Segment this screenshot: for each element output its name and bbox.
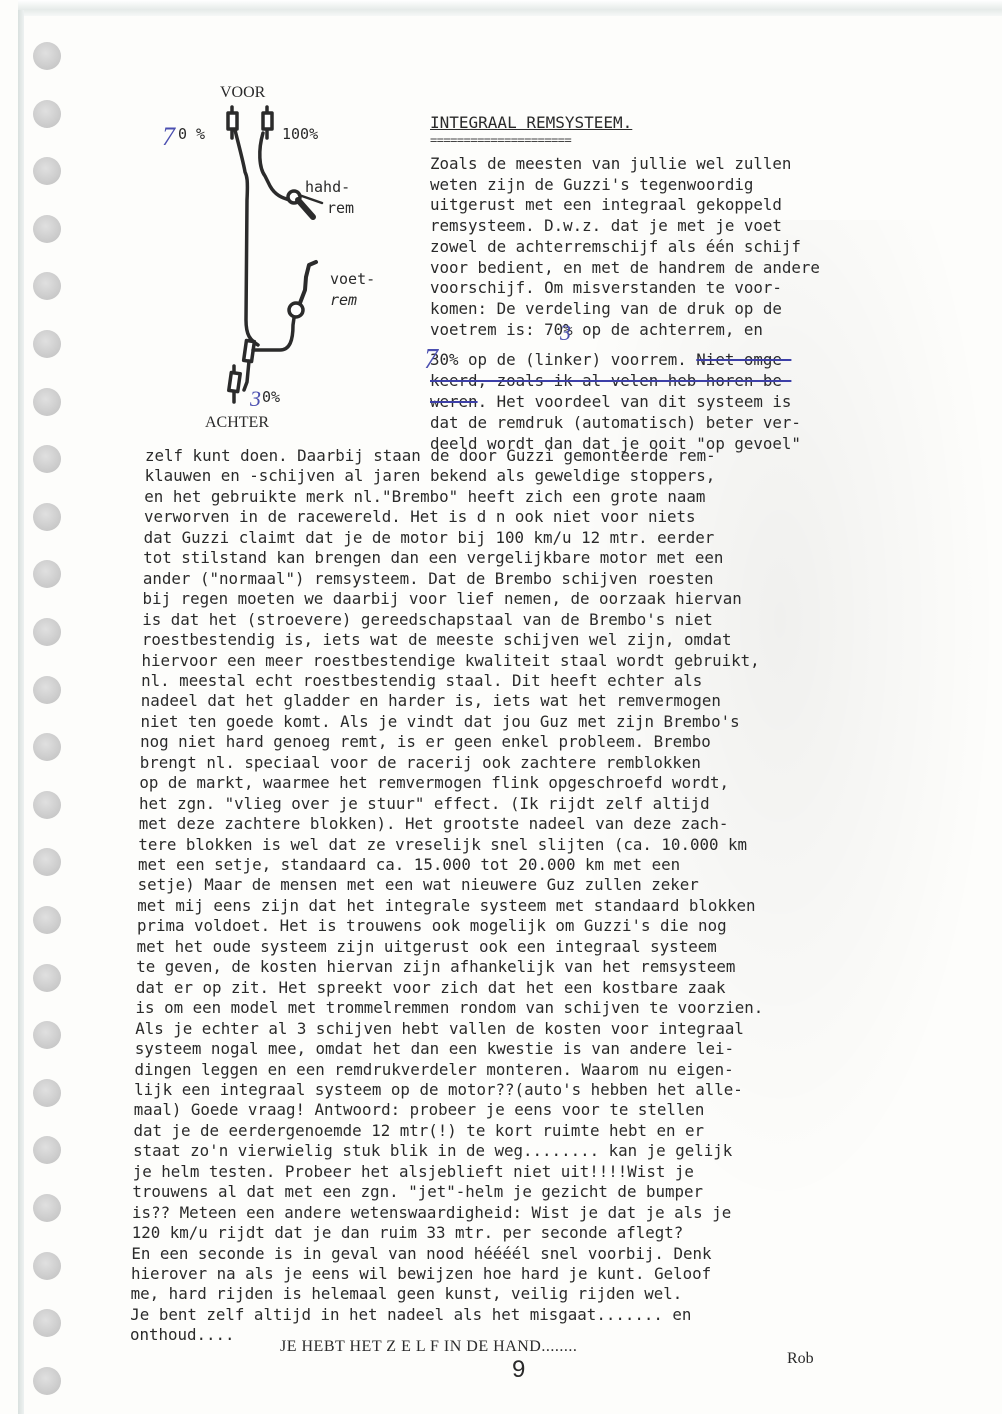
text-line: nog niet hard genoeg remt, is er geen en…	[140, 732, 711, 753]
pen-correction-7: 7	[424, 344, 438, 376]
binder-hole	[33, 503, 61, 531]
text-line: met deze zachtere blokken). Het grootste…	[139, 814, 729, 835]
front-left-percentage: 0 %	[178, 125, 205, 143]
text-line: te geven, de kosten hiervan zijn afhanke…	[136, 957, 735, 978]
front-right-percentage: 100%	[282, 125, 318, 143]
front-label: VOOR	[220, 84, 265, 102]
text-line: dat Guzzi claimt dat je de motor bij 100…	[144, 528, 715, 549]
binder-hole	[33, 791, 61, 819]
text-line: prima voldoet. Het is trouwens ook mogel…	[137, 916, 727, 937]
struck-line: keerd, zoals ik al velen heb horen be-	[430, 371, 791, 392]
text-line: is om een model met trommelremmen rondom…	[136, 998, 764, 1019]
text-line: dat je de eerdergenoemde 12 mtr(!) te ko…	[133, 1121, 704, 1142]
binder-hole	[33, 1367, 61, 1395]
brake-lines-drawing	[0, 0, 420, 440]
text-line: lijk een integraal systeem op de motor??…	[134, 1080, 743, 1101]
rear-label: ACHTER	[205, 414, 269, 432]
footbrake-label-1: voet-	[330, 270, 375, 288]
text-line: 120 km/u rijdt dat je dan ruim 33 mtr. p…	[132, 1223, 684, 1244]
text-line: is?? Meteen een andere wetenswaardigheid…	[132, 1203, 731, 1224]
text-line: dingen leggen en een remdrukverdeler mon…	[135, 1060, 734, 1081]
text-line: maal) Goede vraag! Antwoord: probeer je …	[134, 1100, 705, 1121]
page-number: 9	[512, 1356, 525, 1384]
struck-text: weren	[430, 392, 478, 411]
binder-hole	[33, 676, 61, 704]
text-line: klauwen en -schijven al jaren bekend als…	[145, 466, 716, 487]
article-title: INTEGRAAL REMSYSTEEM.	[430, 113, 632, 132]
text-line: weten zijn de Guzzi's tegenwoordig	[430, 175, 753, 196]
handbrake-label-1: hahd-	[305, 178, 350, 196]
text-line: me, hard rijden is helemaal geen kunst, …	[131, 1284, 683, 1305]
binder-hole	[33, 1079, 61, 1107]
rear-pen-correction: 3	[250, 386, 261, 412]
text-line: dat de remdruk (automatisch) beter ver-	[430, 413, 801, 434]
text-line: brengt nl. speciaal voor de racerij ook …	[140, 753, 701, 774]
text-line: hierover na als je eens wil bewijzen hoe…	[131, 1264, 711, 1285]
text-line: setje) Maar de mensen met een wat nieuwe…	[138, 875, 699, 896]
partial-struck-line: weren. Het voordeel van dit systeem is	[430, 392, 791, 413]
text-line: tot stilstand kan brengen dan een vergel…	[143, 548, 723, 569]
text-line: voor bedient, en met de handrem de ander…	[430, 258, 820, 279]
handbrake-label-2: rem	[327, 199, 354, 217]
text-line: voetrem is: 70% op de achterrem, en	[430, 320, 763, 341]
text-line: met het oude systeem zijn uitgerust ook …	[137, 937, 717, 958]
author-signature: Rob	[787, 1350, 814, 1368]
binder-hole	[33, 964, 61, 992]
text-line: Zoals de meesten van jullie wel zullen	[430, 154, 791, 175]
text-line: komen: De verdeling van de druk op de	[430, 299, 782, 320]
text-line: zelf kunt doen. Daarbij staan de door Gu…	[145, 446, 716, 467]
pen-correction-3: 3	[560, 320, 571, 346]
binder-hole	[33, 848, 61, 876]
line-text: . Het voordeel van dit systeem is	[478, 392, 792, 411]
text-line: verworven in de racewereld. Het is d n o…	[144, 507, 696, 528]
binder-hole	[33, 445, 61, 473]
corrected-line-text: 30% op de (linker) voorrem.	[430, 350, 696, 369]
binder-hole	[33, 1021, 61, 1049]
struck-text: keerd, zoals ik al velen heb horen be-	[430, 371, 791, 390]
text-line: met een setje, standaard ca. 15.000 tot …	[138, 855, 680, 876]
binder-hole	[33, 1252, 61, 1280]
text-line: het zgn. "vlieg over je stuur" effect. (…	[139, 794, 710, 815]
text-line: remsysteem. D.w.z. dat je met je voet	[430, 216, 782, 237]
binder-hole	[33, 618, 61, 646]
text-line: En een seconde is in geval van nood hééé…	[131, 1244, 711, 1265]
binder-hole	[33, 560, 61, 588]
binder-hole	[33, 1194, 61, 1222]
text-line: en het gebruikte merk nl."Brembo" heeft …	[144, 487, 705, 508]
text-line: je helm testen. Probeer het alsjeblieft …	[133, 1162, 694, 1183]
binder-hole	[33, 906, 61, 934]
text-line: staat zo'n vierwielig stuk blik in de we…	[133, 1141, 732, 1162]
text-line: uitgerust met een integraal gekoppeld	[430, 195, 782, 216]
corrected-line: 30% op de (linker) voorrem. Niet omge-	[430, 350, 791, 371]
text-line: ander ("normaal") remsysteem. Dat de Bre…	[143, 569, 714, 590]
text-line: is dat het (stroevere) gereedschapstaal …	[142, 610, 713, 631]
text-line: zowel de achterremschijf als één schijf	[430, 237, 801, 258]
text-line: op de markt, waarmee het remvermogen fli…	[139, 773, 729, 794]
binder-hole	[33, 1136, 61, 1164]
rear-percentage: 0%	[262, 388, 280, 406]
text-line: roestbestendig is, iets wat de meeste sc…	[142, 630, 732, 651]
text-line: niet ten goede komt. Als je vindt dat jo…	[140, 712, 739, 733]
text-line: Je bent zelf altijd in het nadeel als he…	[130, 1305, 691, 1326]
text-line: tere blokken is wel dat ze vreselijk sne…	[138, 835, 747, 856]
text-line: hiervoor een meer roestbestendige kwalit…	[142, 651, 760, 672]
text-line: Als je echter al 3 schijven hebt vallen …	[135, 1019, 744, 1040]
title-underline-rule: =====================	[430, 133, 571, 147]
text-line: bij regen moeten we daarbij voor lief ne…	[143, 589, 742, 610]
text-line: trouwens al dat met een zgn. "jet"-helm …	[132, 1182, 703, 1203]
binder-hole	[33, 1309, 61, 1337]
text-line: systeem nogal mee, omdat het dan een kwe…	[135, 1039, 734, 1060]
front-left-pen-correction: 7	[162, 122, 175, 152]
text-line: nadeel dat het gladder en harder is, iet…	[141, 691, 721, 712]
text-line: onthoud....	[130, 1325, 235, 1346]
text-line: dat er op zit. Het spreekt voor zich dat…	[136, 978, 726, 999]
text-line: nl. meestal echt roestbestendig staal. D…	[141, 671, 702, 692]
closing-slogan: JE HEBT HET Z E L F IN DE HAND........	[280, 1338, 577, 1356]
binder-hole	[33, 733, 61, 761]
text-line: voorschijf. Om misverstanden te voor-	[430, 278, 782, 299]
struck-text: Niet omge-	[696, 350, 791, 369]
text-line: met mij eens zijn dat het integrale syst…	[137, 896, 755, 917]
footbrake-label-2: rem	[330, 291, 357, 309]
